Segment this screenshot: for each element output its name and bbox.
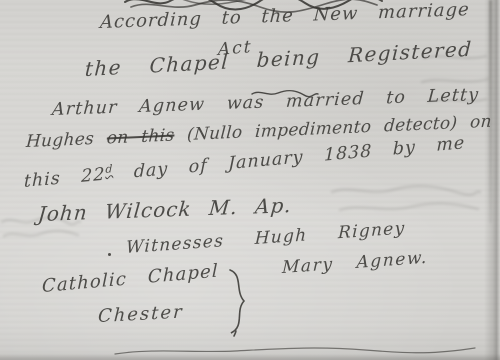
line-place2: Chester [97,301,184,327]
curly-brace [226,268,252,338]
body3-ordinal-sup: d [105,162,113,176]
bleedthrough-mark [420,48,490,108]
body2-struck-words: on this [106,125,175,148]
bleedthrough-mark [330,180,480,220]
body2-prefix: Hughes [25,128,107,152]
ink-dot [108,253,111,256]
line-place1: Catholic Chapel [42,260,219,297]
bleedthrough-mark [0,212,80,242]
line-witness2: Mary Agnew. [282,248,429,278]
manuscript-page: According to the New marriage Act the Ch… [0,0,500,360]
line-heading2: the Chapel being Registered [84,37,473,81]
bottom-wavy-line [115,344,475,358]
body3-pre: this 22 [24,165,106,192]
